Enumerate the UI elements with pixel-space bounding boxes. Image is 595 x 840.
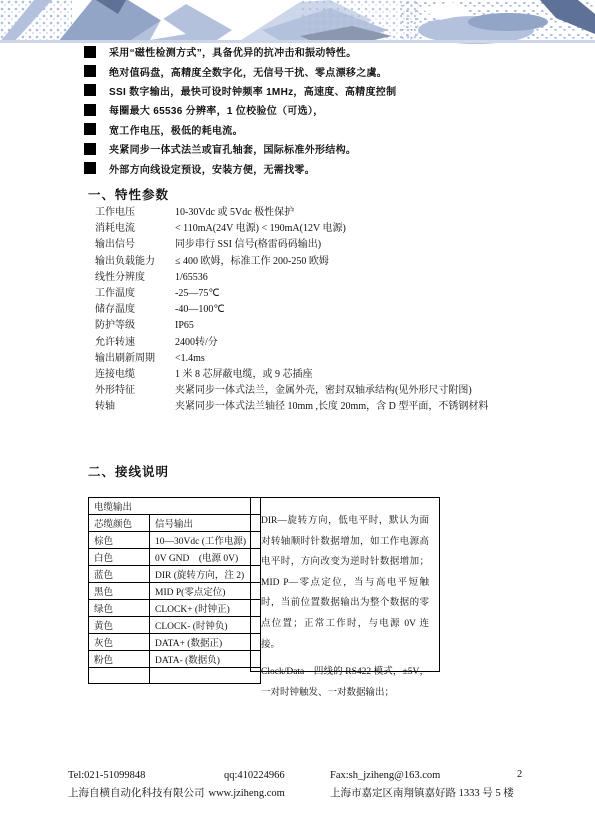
bullet-square-icon [84,162,96,174]
wire-signal-cell: CLOCK+ (时钟正) [150,600,261,617]
spec-value: 1/65536 [175,270,208,286]
feature-item: 采用“磁性检测方式”，具备优异的抗冲击和振动特性。 [84,42,396,61]
feature-item: 每圈最大 65536 分辨率，1 位校验位（可选）， [84,100,396,119]
feature-text: 外部方向线设定预设，安装方便，无需找零。 [109,161,315,176]
bullet-square-icon [84,104,96,116]
bullet-square-icon [84,46,96,58]
wire-color-cell: 灰色 [89,634,150,651]
wire-signal-cell: 0V GND (电源 0V) [150,549,261,566]
feature-text: 每圈最大 65536 分辨率，1 位校验位（可选）， [109,102,324,117]
spec-value: <1.4ms [175,351,205,367]
feature-text: SSI 数字输出，最快可设时钟频率 1MHz，高速度、高精度控制 [109,83,396,98]
spec-label: 防护等级 [95,318,175,334]
table-row: 灰色 DATA+ (数据正) [89,634,261,651]
table-row: 棕色 10—30Vdc (工作电源) [89,532,261,549]
spec-row: 允许转速2400转/分 [95,335,488,351]
spec-row: 线性分辨度1/65536 [95,270,488,286]
wire-color-cell: 蓝色 [89,566,150,583]
spec-row: 储存温度-40—100℃ [95,302,488,318]
bullet-square-icon [84,84,96,96]
page-number: 2 [517,769,522,780]
spec-label: 转轴 [95,399,175,415]
spec-row: 消耗电流< 110mA(24V 电源) < 190mA(12V 电源) [95,221,488,237]
spec-label: 外形特征 [95,383,175,399]
table-row-empty [89,668,261,684]
feature-item: 外部方向线设定预设，安装方便，无需找零。 [84,158,396,177]
spec-label: 线性分辨度 [95,270,175,286]
wire-signal-cell: 10—30Vdc (工作电源) [150,532,261,549]
footer-company-line: 上海自横自动化科技有限公司www.jziheng.com [68,785,285,800]
feature-text: 宽工作电压，极低的耗电流。 [109,122,243,137]
table-title-cell: 电缆输出 [89,498,261,515]
spec-row: 连接电缆1 米 8 芯屏蔽电缆，或 9 芯插座 [95,367,488,383]
spec-value: 同步串行 SSI 信号(格雷码码输出) [175,237,321,253]
spec-row: 防护等级IP65 [95,318,488,334]
header-banner-art [0,0,595,44]
wire-signal-cell: DATA- (数据负) [150,651,261,668]
spec-value: 夹紧同步一体式法兰，金属外壳，密封双轴承结构(见外形尺寸附图) [175,383,472,399]
table-row: 黑色 MID P(零点定位) [89,583,261,600]
spec-row: 输出负载能力≤ 400 欧姆，标准工作 200-250 欧姆 [95,254,488,270]
spec-value: < 110mA(24V 电源) < 190mA(12V 电源) [175,221,346,237]
spec-row: 输出信号同步串行 SSI 信号(格雷码码输出) [95,237,488,253]
section2-title: 二、接线说明 [88,462,169,480]
wire-signal-cell: DATA+ (数据正) [150,634,261,651]
bullet-square-icon [84,65,96,77]
wiring-notes-box: DIR—旋转方向，低电平时，默认为面对转轴顺时针数据增加，如工作电源高电平时，方… [250,497,440,672]
empty-cell [89,668,150,684]
table-row: 绿色 CLOCK+ (时钟正) [89,600,261,617]
wire-color-cell: 黄色 [89,617,150,634]
spec-value: 夹紧同步一体式法兰轴径 10mm ,长度 20mm，含 D 型平面，不锈钢材料 [175,399,488,415]
spec-label: 工作温度 [95,286,175,302]
note-dir-midp: DIR—旋转方向，低电平时，默认为面对转轴顺时针数据增加，如工作电源高电平时，方… [261,511,429,655]
spec-value: 1 米 8 芯屏蔽电缆，或 9 芯插座 [175,367,313,383]
bullet-square-icon [84,123,96,135]
feature-item: 宽工作电压，极低的耗电流。 [84,120,396,139]
cable-output-table: 电缆输出 芯缆颜色 信号输出 棕色 10—30Vdc (工作电源) 白色 0V … [88,497,261,684]
wire-color-cell: 粉色 [89,651,150,668]
spec-row: 外形特征夹紧同步一体式法兰，金属外壳，密封双轴承结构(见外形尺寸附图) [95,383,488,399]
wire-signal-cell: CLOCK- (时钟负) [150,617,261,634]
table-row: 黄色 CLOCK- (时钟负) [89,617,261,634]
table-row: 粉色 DATA- (数据负) [89,651,261,668]
spec-value: 2400转/分 [175,335,218,351]
footer-qq: qq:410224966 [224,770,285,781]
spec-value: 10-30Vdc 或 5Vdc 极性保护 [175,205,294,221]
spec-row: 输出刷新周期<1.4ms [95,351,488,367]
feature-item: SSI 数字输出，最快可设时钟频率 1MHz，高速度、高精度控制 [84,81,396,100]
feature-item: 绝对值码盘，高精度全数字化，无信号干扰、零点漂移之虞。 [84,61,396,80]
spec-row: 工作电压10-30Vdc 或 5Vdc 极性保护 [95,205,488,221]
spec-value: -40—100℃ [175,302,225,318]
spec-label: 输出刷新周期 [95,351,175,367]
table-title-row: 电缆输出 [89,498,261,515]
spec-parameter-list: 工作电压10-30Vdc 或 5Vdc 极性保护 消耗电流< 110mA(24V… [95,205,488,416]
footer-telephone: Tel:021-51099848 [68,770,145,781]
spec-label: 连接电缆 [95,367,175,383]
spec-row: 转轴夹紧同步一体式法兰轴径 10mm ,长度 20mm，含 D 型平面，不锈钢材… [95,399,488,415]
wire-color-cell: 黑色 [89,583,150,600]
spec-value: ≤ 400 欧姆，标准工作 200-250 欧姆 [175,254,329,270]
footer-address: 上海市嘉定区南翔镇嘉好路 1333 号 5 楼 [330,785,514,800]
wire-color-cell: 白色 [89,549,150,566]
wire-color-cell: 棕色 [89,532,150,549]
footer-fax-email: Fax:sh_jziheng@163.com [330,770,440,781]
spec-label: 储存温度 [95,302,175,318]
note-clock-data: Clock/Data—四线的 RS422 模式，±5V，一对时钟触发、一对数据输… [261,662,429,703]
table-header-row: 芯缆颜色 信号输出 [89,515,261,532]
table-row: 白色 0V GND (电源 0V) [89,549,261,566]
col-header-color: 芯缆颜色 [89,515,150,532]
spec-value: -25—75℃ [175,286,220,302]
footer-website: www.jziheng.com [209,788,285,799]
table-row: 蓝色 DIR (旋转方向，注 2) [89,566,261,583]
spec-label: 输出负载能力 [95,254,175,270]
feature-text: 采用“磁性检测方式”，具备优异的抗冲击和振动特性。 [109,44,357,59]
feature-list: 采用“磁性检测方式”，具备优异的抗冲击和振动特性。 绝对值码盘，高精度全数字化，… [84,42,396,178]
feature-item: 夹紧同步一体式法兰或盲孔轴套，国际标准外形结构。 [84,139,396,158]
wire-signal-cell: MID P(零点定位) [150,583,261,600]
spec-value: IP65 [175,318,194,334]
footer-company-name: 上海自横自动化科技有限公司 [68,788,205,799]
empty-cell [150,668,261,684]
spec-label: 工作电压 [95,205,175,221]
spec-label: 消耗电流 [95,221,175,237]
wire-signal-cell: DIR (旋转方向，注 2) [150,566,261,583]
feature-text: 夹紧同步一体式法兰或盲孔轴套，国际标准外形结构。 [109,141,356,156]
bullet-square-icon [84,143,96,155]
col-header-signal: 信号输出 [150,515,261,532]
section1-title: 一、特性参数 [88,185,169,203]
spec-label: 输出信号 [95,237,175,253]
spec-row: 工作温度-25—75℃ [95,286,488,302]
wire-color-cell: 绿色 [89,600,150,617]
document-page: 采用“磁性检测方式”，具备优异的抗冲击和振动特性。 绝对值码盘，高精度全数字化，… [0,0,595,840]
feature-text: 绝对值码盘，高精度全数字化，无信号干扰、零点漂移之虞。 [109,64,387,79]
spec-label: 允许转速 [95,335,175,351]
